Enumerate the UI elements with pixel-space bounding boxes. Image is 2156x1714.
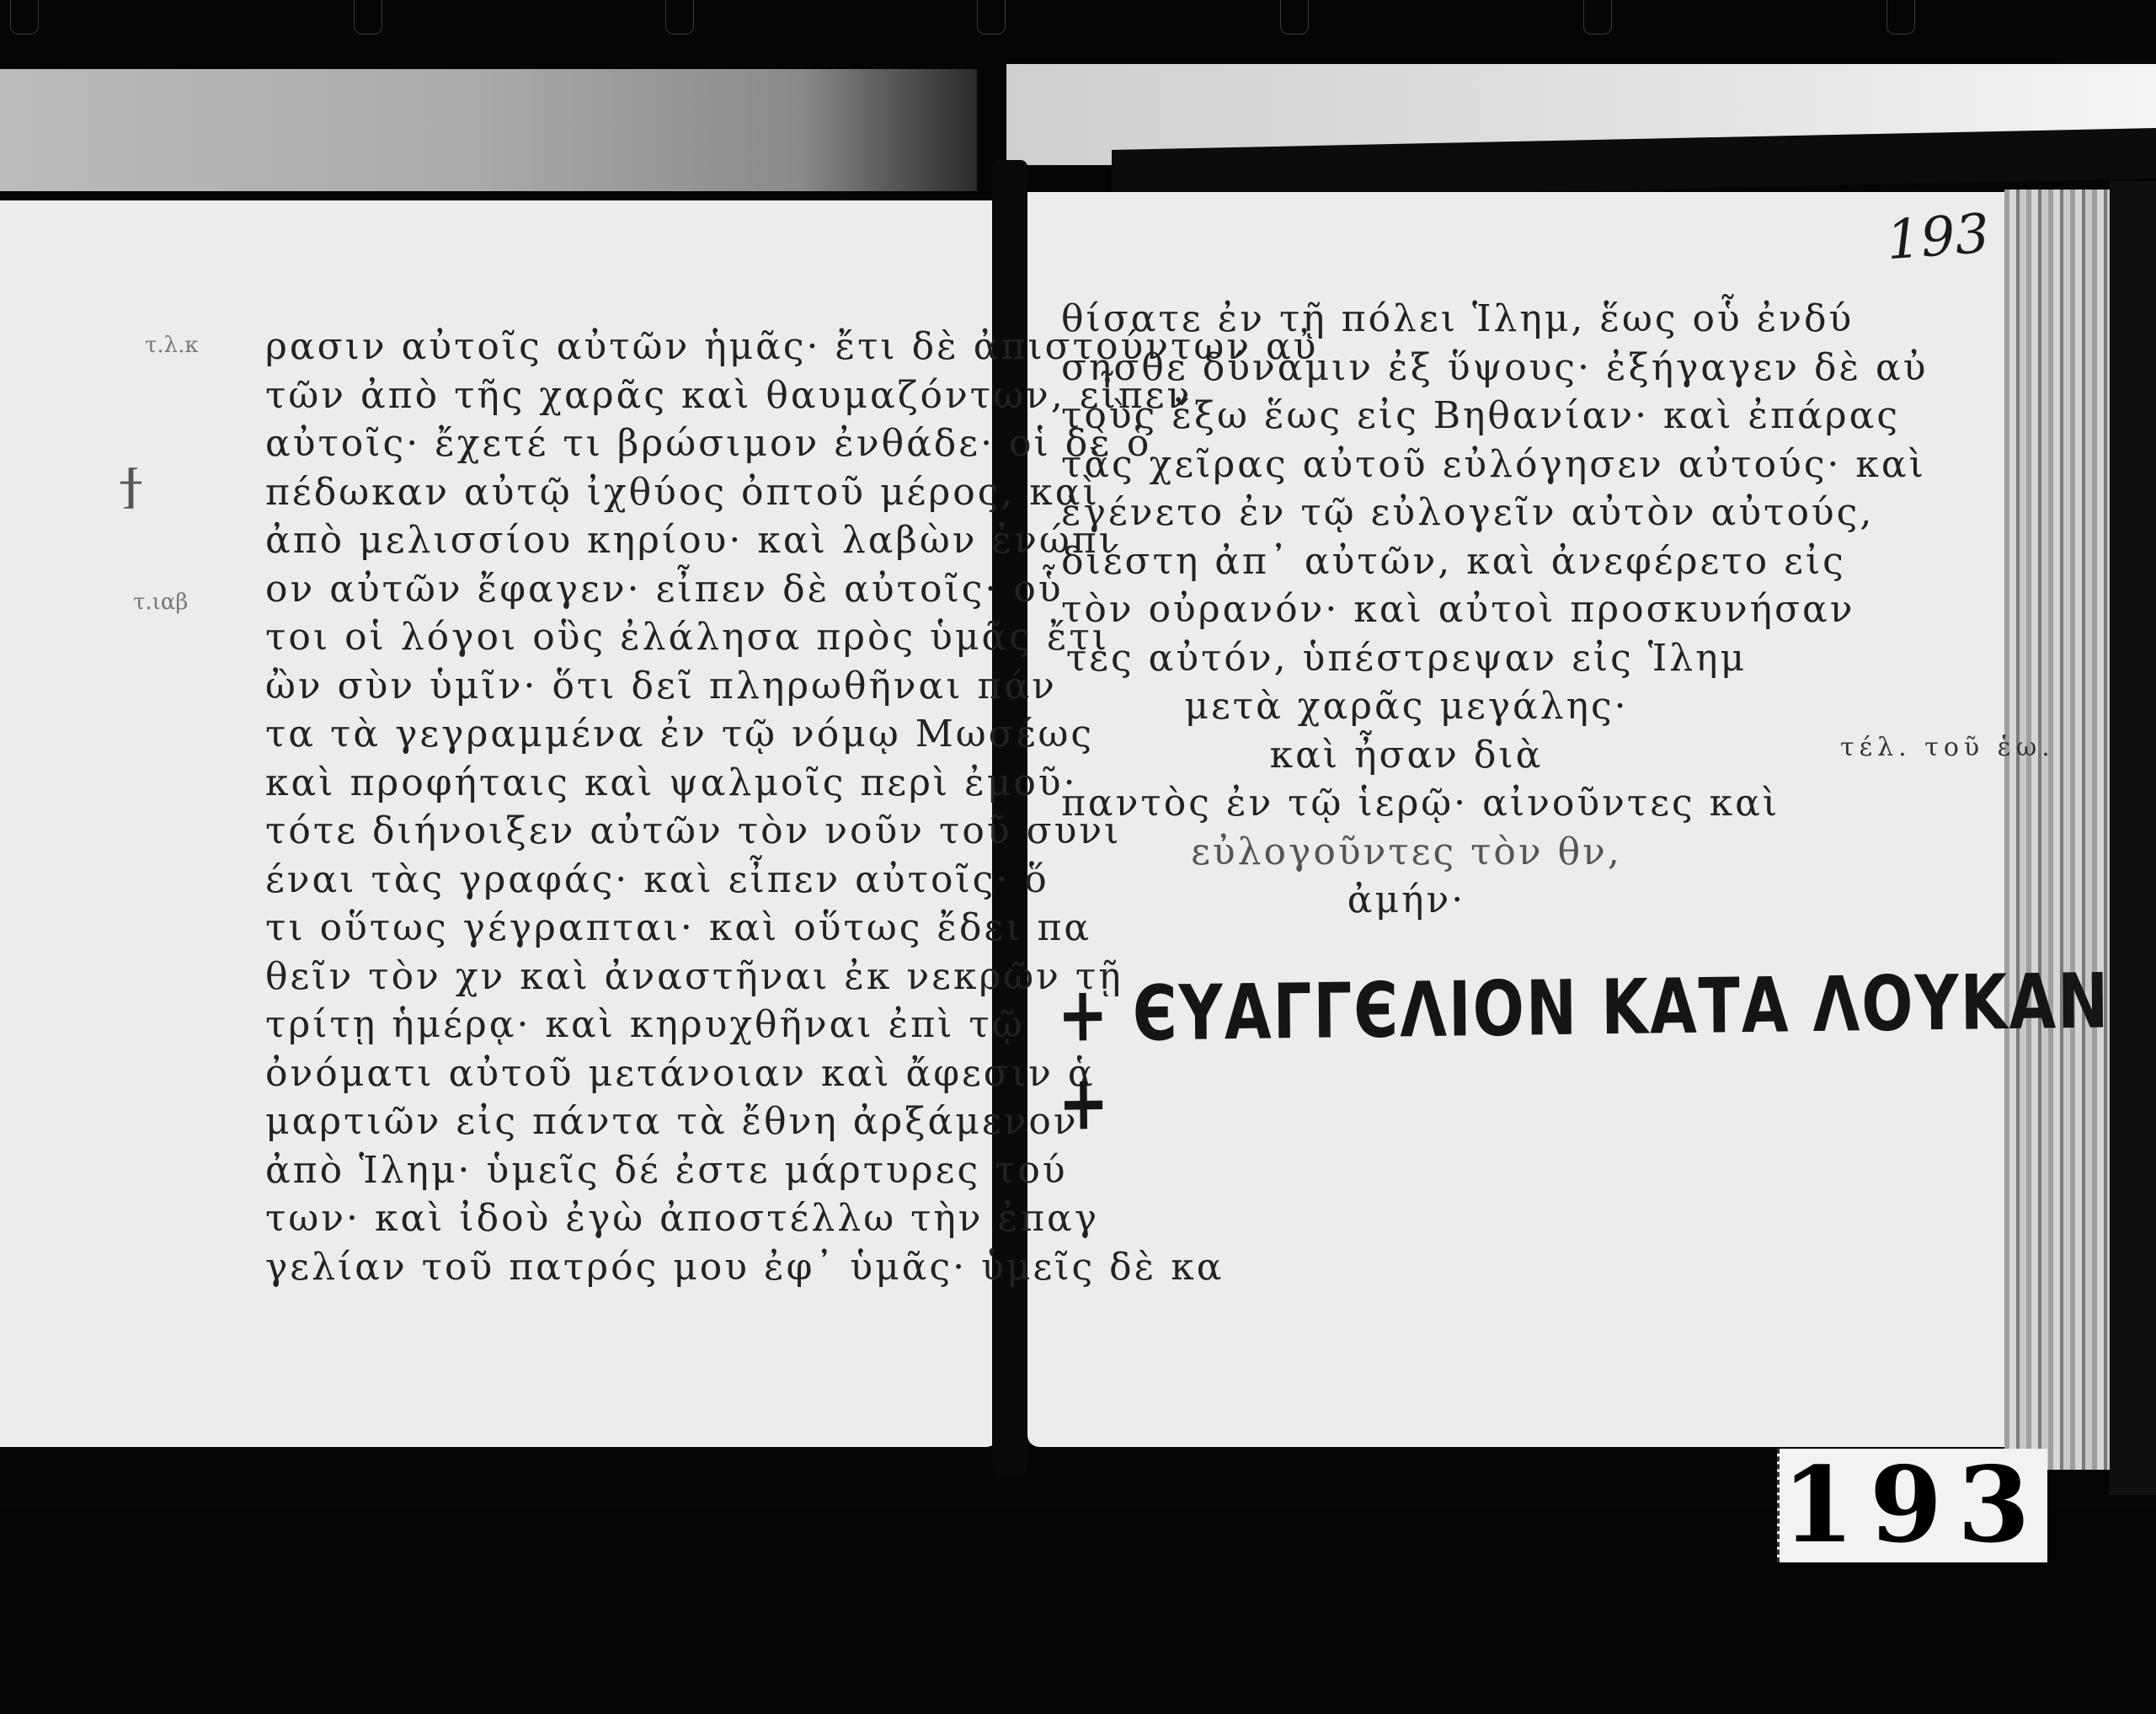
manuscript-line: ἐγένετο ἐν τῷ εὐλογεῖν αὐτὸν αὐτούς,: [1061, 489, 1752, 537]
margin-cross-icon: ϯ: [120, 459, 142, 518]
manuscript-line: τὰς χεῖρας αὐτοῦ εὐλόγησεν αὐτούς· καὶ: [1061, 441, 1752, 489]
manuscript-line: διέστη ἀπ᾽ αὐτῶν, καὶ ἀνεφέρετο εἰς: [1061, 537, 1752, 586]
manuscript-line: τοὺς ἔξω ἕως εἰς Βηθανίαν· καὶ ἐπάρας: [1061, 392, 1752, 441]
folio-number: 193: [1885, 203, 1992, 272]
manuscript-line: τες αὐτόν, ὑπέστρεψαν εἰς Ἱλημ: [1061, 634, 1752, 683]
manuscript-line: καὶ ἦσαν διὰ: [1061, 731, 1752, 780]
margin-note-top: τ.λ.κ: [145, 333, 199, 358]
margin-rubric: τέλ. τοῦ ἑω.: [1840, 733, 2055, 762]
manuscript-line: παντὸς ἐν τῷ ἱερῷ· αἰνοῦντες καὶ: [1061, 779, 1752, 828]
manuscript-line: θίσατε ἐν τῇ πόλει Ἱλημ, ἕως οὗ ἐνδύ: [1061, 295, 1752, 344]
right-page-text: θίσατε ἐν τῇ πόλει Ἱλημ, ἕως οὗ ἐνδύσησθ…: [1061, 295, 1752, 925]
manuscript-line: μετὰ χαρᾶς μεγάλης·: [1061, 682, 1752, 731]
manuscript-line: σησθε δύναμιν ἐξ ὕψους· ἐξήγαγεν δὲ αὐ: [1061, 344, 1752, 392]
film-sprocket: [665, 0, 694, 35]
margin-note-lower: τ.ιαβ: [133, 590, 188, 615]
film-sprocket: [1886, 0, 1915, 35]
page-fore-edge: [2004, 190, 2122, 1470]
book-binding: [2110, 181, 2156, 1495]
frame-number: 193: [1782, 1444, 2046, 1567]
frame-number-label: 193: [1777, 1449, 2047, 1562]
gospel-title: + ЄΥΑΓΓЄΛΙΟΝ ΚΑΤΑ ΛΟΥΚΑΝ +: [1057, 956, 2156, 1147]
film-sprocket: [1280, 0, 1309, 35]
manuscript-line: ἀπὸ Ἱλημ· ὑμεῖς δέ ἐστε μάρτυρες τού: [265, 1146, 1318, 1195]
film-sprocket: [10, 0, 39, 35]
manuscript-line: των· καὶ ἰδοὺ ἐγὼ ἀποστέλλω τὴν ἐπαγ: [265, 1194, 1318, 1243]
manuscript-line: ἀμήν·: [1061, 876, 1752, 925]
manuscript-line: εὐλογοῦντες τὸν θν,: [1061, 828, 1752, 877]
manuscript-line: τὸν οὐρανόν· καὶ αὐτοὶ προσκυνήσαν: [1061, 585, 1752, 634]
film-sprocket: [977, 0, 1006, 35]
film-sprocket: [354, 0, 382, 35]
background-strip-left: [0, 69, 977, 191]
film-sprocket: [1583, 0, 1612, 35]
manuscript-line: γελίαν τοῦ πατρός μου ἐφ᾽ ὑμᾶς· ὑμεῖς δὲ…: [265, 1243, 1318, 1292]
